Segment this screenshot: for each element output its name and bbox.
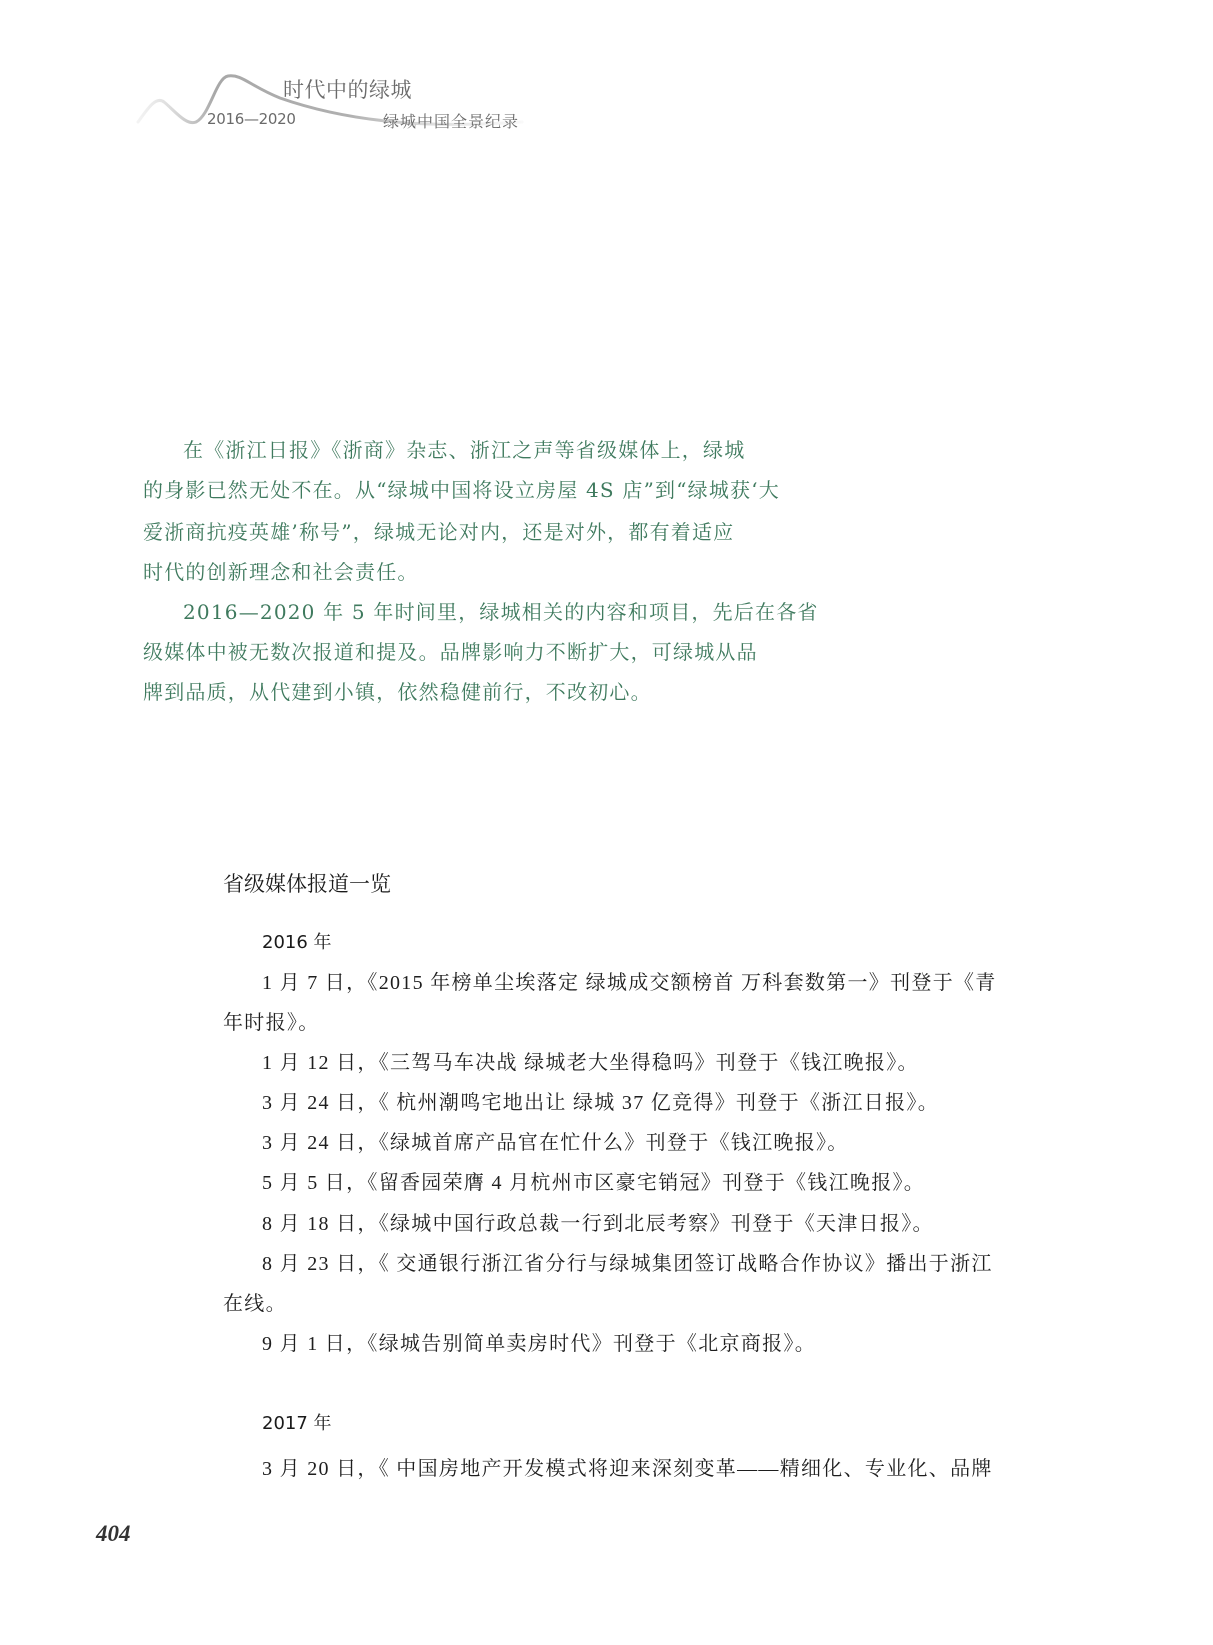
list-item: 3 月 20 日，《 中国房地产开发模式将迎来深刻变革——精细化、专业化、品牌 [262, 1452, 993, 1481]
intro-line: 级媒体中被无数次报道和提及。品牌影响力不断扩大，可绿城从品 [143, 636, 758, 665]
year-heading-2016: 2016 年 [262, 928, 332, 954]
intro-line: 爱浙商抗疫英雄’称号”，绿城无论对内，还是对外，都有着适应 [143, 516, 734, 545]
book-title: 时代中的绿城 [283, 74, 412, 104]
intro-line: 时代的创新理念和社会责任。 [143, 556, 419, 585]
list-item-continuation: 年时报》。 [223, 1006, 320, 1035]
book-years: 2016—2020 [207, 110, 296, 128]
book-subtitle: 绿城中国全景纪录 [383, 109, 519, 132]
list-item: 8 月 18 日，《绿城中国行政总裁一行到北辰考察》刊登于《天津日报》。 [262, 1207, 934, 1236]
list-item: 3 月 24 日，《绿城首席产品官在忙什么》刊登于《钱江晚报》。 [262, 1126, 849, 1155]
list-item: 8 月 23 日，《 交通银行浙江省分行与绿城集团签订战略合作协议》播出于浙江 [262, 1247, 993, 1276]
list-item: 5 月 5 日，《留香园荣膺 4 月杭州市区豪宅销冠》刊登于《钱江晚报》。 [262, 1166, 925, 1195]
list-item: 3 月 24 日，《 杭州潮鸣宅地出让 绿城 37 亿竞得》刊登于《浙江日报》。 [262, 1086, 939, 1115]
intro-line: 在《浙江日报》《浙商》杂志、浙江之声等省级媒体上，绿城 [183, 434, 745, 463]
year-heading-2017: 2017 年 [262, 1409, 332, 1435]
section-heading: 省级媒体报道一览 [223, 868, 391, 898]
intro-line: 的身影已然无处不在。从“绿城中国将设立房屋 4S 店”到“绿城获‘大 [143, 474, 780, 503]
intro-line: 牌到品质，从代建到小镇，依然稳健前行，不改初心。 [143, 676, 652, 705]
list-item-continuation: 在线。 [223, 1287, 287, 1316]
list-item: 1 月 7 日，《2015 年榜单尘埃落定 绿城成交额榜首 万科套数第一》刊登于… [262, 966, 997, 995]
list-item: 9 月 1 日，《绿城告别简单卖房时代》刊登于《北京商报》。 [262, 1327, 816, 1356]
intro-line: 2016—2020 年 5 年时间里，绿城相关的内容和项目，先后在各省 [183, 596, 819, 625]
list-item: 1 月 12 日，《三驾马车决战 绿城老大坐得稳吗》刊登于《钱江晚报》。 [262, 1046, 919, 1075]
page-number: 404 [96, 1521, 131, 1547]
